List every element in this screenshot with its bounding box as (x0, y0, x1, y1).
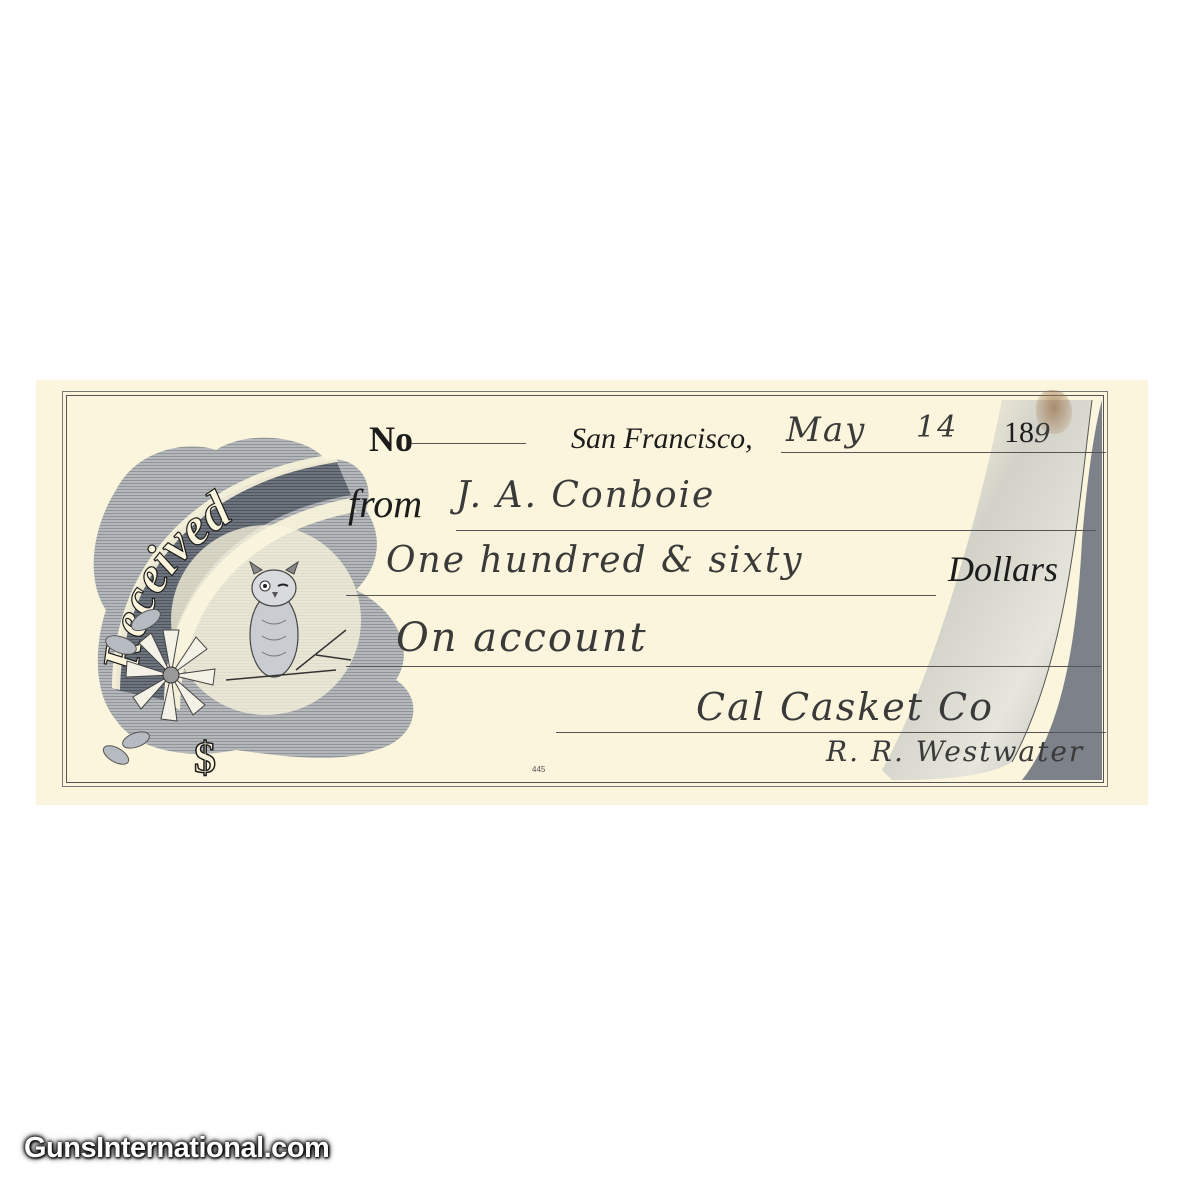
date-month: May (786, 410, 866, 450)
watermark-brand-logo: GunsInternational.com (24, 1132, 329, 1165)
print-number: 445 (532, 765, 545, 774)
receipt-document: Received (36, 380, 1148, 805)
receipt-number-line (411, 443, 526, 444)
purpose-text: On account (396, 615, 648, 661)
flower-icon (126, 630, 215, 721)
dollars-label: Dollars (948, 548, 1058, 590)
signature-line (556, 732, 1106, 733)
from-label: from (348, 480, 422, 527)
date-year: 189 (1004, 416, 1053, 450)
vignette-illustration: Received (76, 420, 456, 780)
amount-line (346, 595, 936, 596)
payer-name: J. A. Conboie (456, 475, 715, 516)
payer-line (456, 530, 1096, 531)
engraved-vignette: Received (76, 420, 456, 780)
amount-words: One hundred & sixty (386, 540, 804, 581)
date-line (781, 452, 1106, 453)
city-label: San Francisco, (571, 422, 753, 456)
receipt-number-label: No (369, 418, 413, 460)
dollar-sign-icon: $ (194, 733, 216, 780)
purpose-line (346, 666, 1101, 667)
company-signature: Cal Casket Co (696, 685, 994, 729)
date-year-suffix: 9 (1034, 419, 1053, 449)
date-day: 14 (916, 410, 958, 445)
date-year-prefix: 18 (1004, 416, 1034, 449)
agent-signature: R. R. Westwater (826, 735, 1084, 768)
